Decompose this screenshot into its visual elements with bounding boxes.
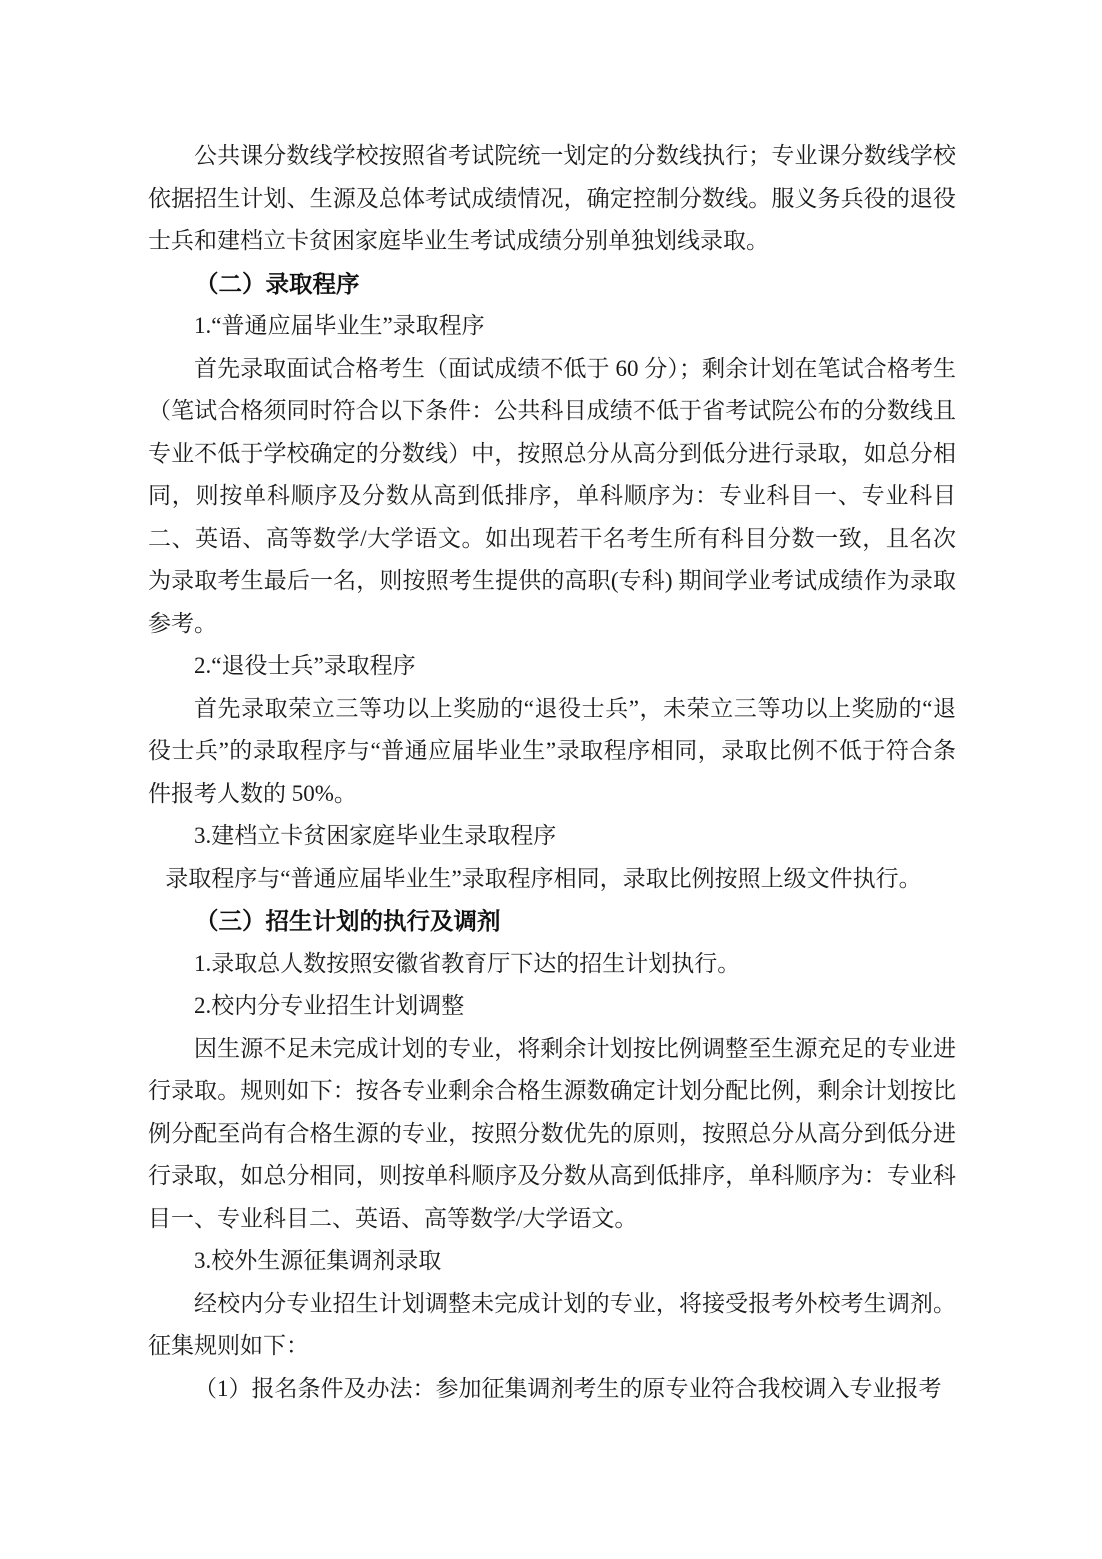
section-heading-admission-procedure: （二）录取程序 — [148, 263, 956, 306]
document-page: 公共课分数线学校按照省考试院统一划定的分数线执行；专业课分数线学校依据招生计划、… — [0, 0, 1102, 1559]
subheading-regular-graduates-procedure: 1.“普通应届毕业生”录取程序 — [148, 305, 956, 348]
paragraph-regular-graduates-rules: 首先录取面试合格考生（面试成绩不低于 60 分）；剩余计划在笔试合格考生（笔试合… — [148, 348, 956, 646]
section-heading-plan-execution-adjustment: （三）招生计划的执行及调剂 — [148, 900, 956, 943]
paragraph-score-line-policy: 公共课分数线学校按照省考试院统一划定的分数线执行；专业课分数线学校依据招生计划、… — [148, 135, 956, 263]
subheading-veterans-procedure: 2.“退役士兵”录取程序 — [148, 645, 956, 688]
paragraph-external-transfer-intro: 经校内分专业招生计划调整未完成计划的专业，将接受报考外校考生调剂。征集规则如下： — [148, 1283, 956, 1368]
subheading-external-transfer-admission: 3.校外生源征集调剂录取 — [148, 1240, 956, 1283]
paragraph-poverty-registered-rules: 录取程序与“普通应届毕业生”录取程序相同，录取比例按照上级文件执行。 — [148, 858, 956, 901]
paragraph-internal-adjustment-rules: 因生源不足未完成计划的专业，将剩余计划按比例调整至生源充足的专业进行录取。规则如… — [148, 1028, 956, 1241]
document-content: 公共课分数线学校按照省考试院统一划定的分数线执行；专业课分数线学校依据招生计划、… — [0, 0, 1102, 1410]
paragraph-veterans-rules: 首先录取荣立三等功以上奖励的“退役士兵”，未荣立三等功以上奖励的“退役士兵”的录… — [148, 688, 956, 816]
subheading-poverty-registered-procedure: 3.建档立卡贫困家庭毕业生录取程序 — [148, 815, 956, 858]
subheading-internal-plan-adjustment: 2.校内分专业招生计划调整 — [148, 985, 956, 1028]
paragraph-transfer-application-conditions: （1）报名条件及办法：参加征集调剂考生的原专业符合我校调入专业报考 — [148, 1368, 956, 1411]
paragraph-total-enrollment: 1.录取总人数按照安徽省教育厅下达的招生计划执行。 — [148, 943, 956, 986]
